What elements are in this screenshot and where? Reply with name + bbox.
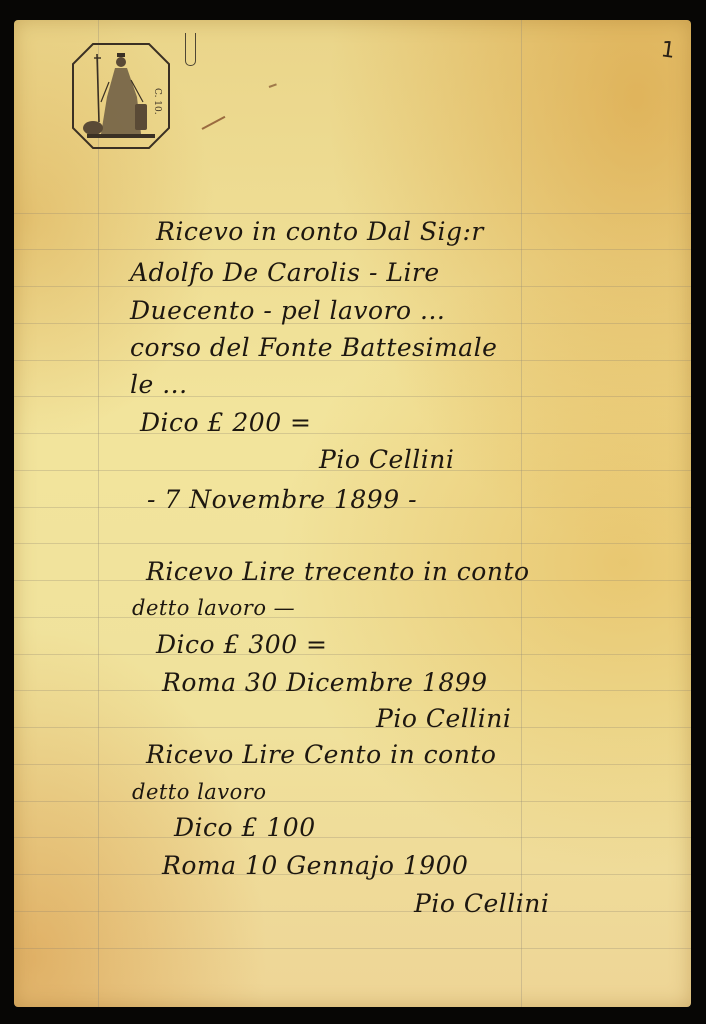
receipt-2-date: Roma 30 Dicembre 1899 xyxy=(162,668,488,697)
ink-tick-mark xyxy=(202,116,226,130)
receipt-3-amount: Dico £ 100 xyxy=(174,813,316,842)
receipt-2-amount: Dico £ 300 = xyxy=(156,630,328,659)
ruling-line xyxy=(14,654,691,655)
ink-dot-mark xyxy=(269,83,277,88)
receipt-1-amount: Dico £ 200 = xyxy=(140,408,312,437)
receipt-2-line-1: Ricevo Lire trecento in conto xyxy=(146,557,530,586)
ruling-line xyxy=(14,396,691,397)
receipt-1-line-2: Adolfo De Carolis - Lire xyxy=(130,258,440,287)
receipt-3-line-2: detto lavoro xyxy=(132,780,267,804)
receipt-1-signature: Pio Cellini xyxy=(319,445,454,474)
ruling-line xyxy=(14,948,691,949)
right-margin-line xyxy=(521,20,522,1007)
ruling-line xyxy=(14,213,691,214)
ruling-line xyxy=(14,249,691,250)
ruling-line xyxy=(14,617,691,618)
document-page: C. 10. 1 Ricevo in conto Dal Sig:r Adolf… xyxy=(14,20,691,1007)
ruling-line xyxy=(14,433,691,434)
ruling-line xyxy=(14,911,691,912)
revenue-stamp: C. 10. xyxy=(71,42,171,150)
ruling-line xyxy=(14,801,691,802)
receipt-3-signature: Pio Cellini xyxy=(414,889,549,918)
receipt-2-signature: Pio Cellini xyxy=(376,704,511,733)
page-number: 1 xyxy=(659,37,676,64)
pencil-mark xyxy=(185,33,196,66)
ruling-line xyxy=(14,837,691,838)
receipt-1-line-4: corso del Fonte Battesimale xyxy=(130,333,497,362)
svg-text:C. 10.: C. 10. xyxy=(152,88,162,115)
receipt-1-date: - 7 Novembre 1899 - xyxy=(147,485,417,514)
allegorical-figure-icon: C. 10. xyxy=(71,42,171,150)
left-margin-line xyxy=(98,20,99,1007)
receipt-3-line-1: Ricevo Lire Cento in conto xyxy=(146,740,496,769)
receipt-2-line-2: detto lavoro — xyxy=(132,596,295,620)
ruling-line xyxy=(14,727,691,728)
receipt-3-date: Roma 10 Gennajo 1900 xyxy=(162,851,468,880)
receipt-1-line-3: Duecento - pel lavoro ... xyxy=(130,296,445,325)
receipt-1-line-5: le ... xyxy=(130,370,188,399)
ruling-line xyxy=(14,543,691,544)
receipt-1-line-1: Ricevo in conto Dal Sig:r xyxy=(156,217,484,246)
